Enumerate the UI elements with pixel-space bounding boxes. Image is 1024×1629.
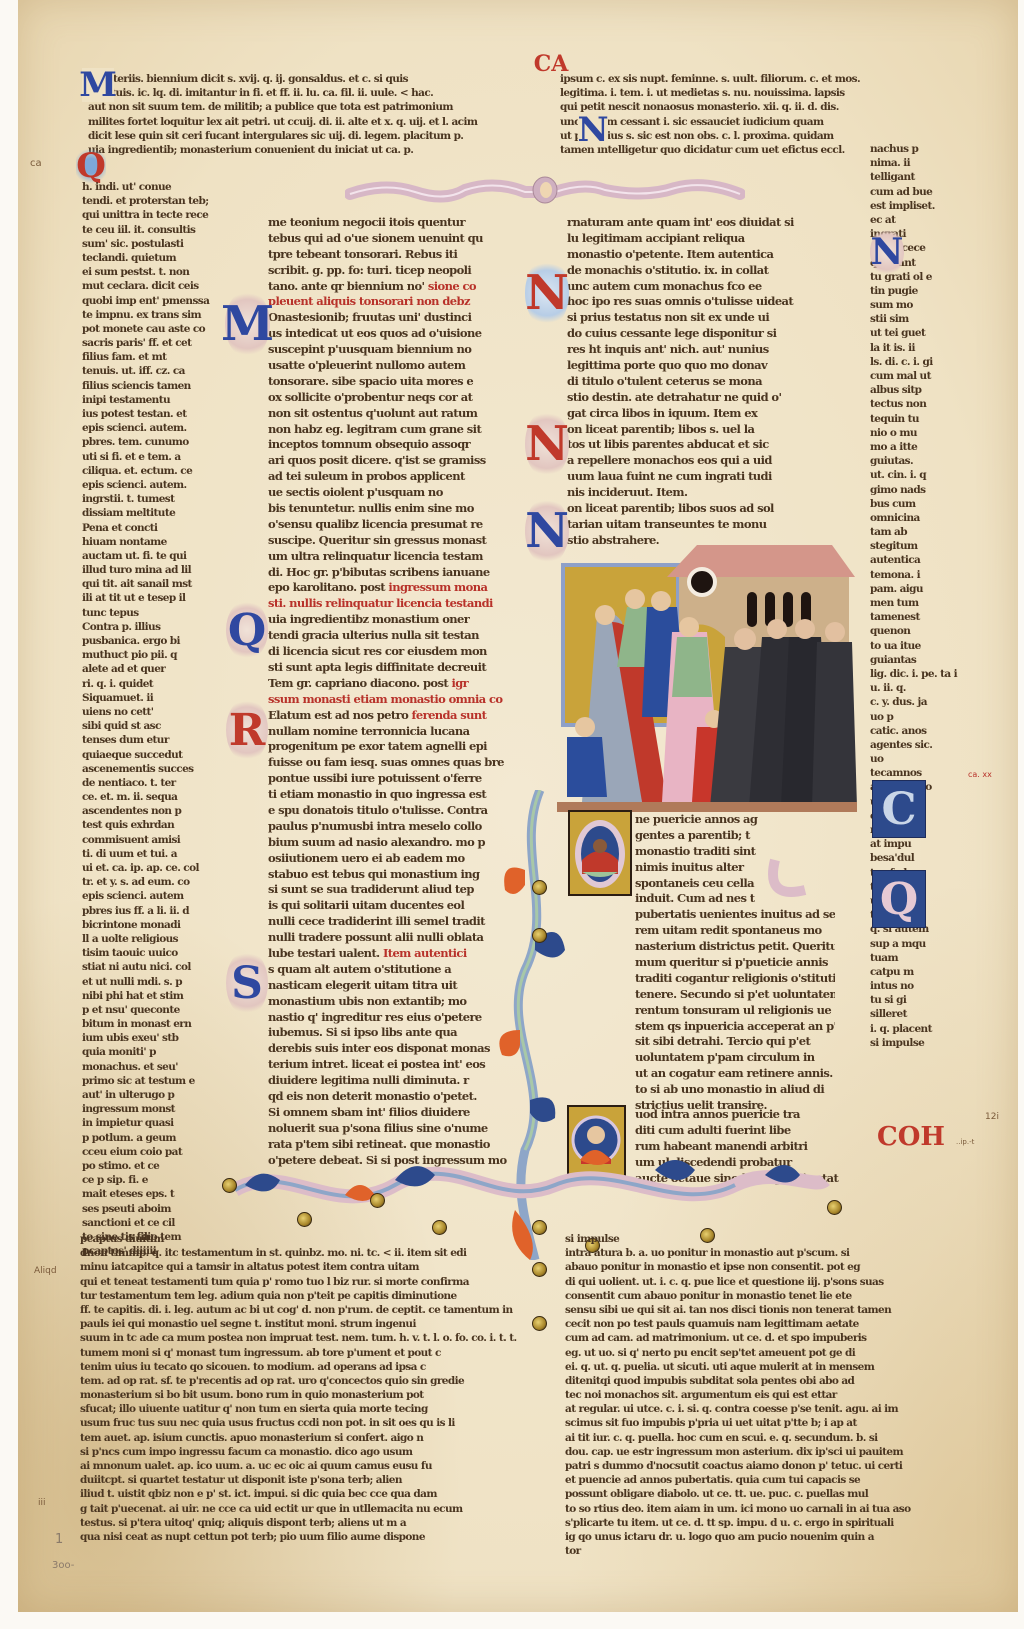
text-line: nullam nomine terronnicia lucana [268, 724, 523, 740]
text-line: ce p sip. fi. e [82, 1173, 222, 1187]
text-line: ius potest testan. et [82, 407, 222, 421]
text-line: tamenest [870, 610, 960, 624]
text-line: la it is. ii [870, 341, 960, 355]
text-line: tuam [870, 951, 960, 965]
text-line: cum mal ut [870, 369, 960, 383]
margin-note-running: ca. xx [968, 770, 992, 779]
text-line: duiitcpt. si quartet testatur ut disponi… [80, 1473, 530, 1487]
text-line: ium ubis exeu' stb [82, 1031, 222, 1045]
text-line: iliud t. uistit qbiz non e p' st. ict. i… [80, 1487, 530, 1501]
margin-note-price: 3oo- [52, 1560, 74, 1571]
text-line: dnon timmp. q. itc testamentum in st. qu… [80, 1246, 530, 1260]
text-line: ili at tit ut e tesep il [82, 591, 222, 605]
text-line: um ultra relinquatur licencia testam [268, 549, 523, 565]
text-line: cecit non po test pauls quamuis nam legi… [565, 1317, 950, 1331]
text-line: tem auet. ap. isium cunctis. apuo monast… [80, 1431, 530, 1445]
text-line: inipi testamentu [82, 393, 222, 407]
text-line: teclandi. quietum [82, 251, 222, 265]
text-line: stiat ni autu nici. col [82, 960, 222, 974]
text-line: agentes sic. [870, 738, 960, 752]
text-line: ut. cin. i. q [870, 468, 960, 482]
text-line: patri s dummo d'nocsutit coactus aiamo d… [565, 1459, 950, 1473]
text-line: a repellere monachos eos qui a uid [567, 453, 835, 469]
text-line: qui tit. ait sanail mst [82, 577, 222, 591]
text-line: epis scienci. autem [82, 889, 222, 903]
text-line: quia moniti' p [82, 1045, 222, 1059]
text-line: minu iatcapitce qui a tamsir in altatus … [80, 1260, 530, 1274]
gold-dot [222, 1178, 237, 1193]
text-line: di qui uolient. ut. i. c. q. pue lice et… [565, 1275, 950, 1289]
text-line: uia ingredientibz monastium oner [268, 612, 523, 628]
text-line: nachus p [870, 142, 960, 156]
text-line: monachus. et seu' [82, 1060, 222, 1074]
margin-note-aliqd: Aliqd [34, 1266, 57, 1276]
text-line: inceptos tomnum obsequio assoqr [268, 437, 523, 453]
text-line: tarian uitam transeuntes te monu [567, 517, 835, 533]
text-line: qua nisi ceat as nupt cettun pot terb; p… [80, 1530, 530, 1544]
text-line: suscipe. Queritur sin gressus monast [268, 533, 523, 549]
text-line: dicit lese quin sit ceri fucant intergul… [88, 129, 518, 143]
margin-note-ca: ca [30, 158, 42, 169]
initial-COH: COH [876, 1122, 946, 1152]
text-line: pam. aigu [870, 582, 960, 596]
text-line: ad tei suleum in probos applicent [268, 469, 523, 485]
text-line: tisim taouic uuico [82, 946, 222, 960]
text-line: tec noi monachos sit. argumentum eis qui… [565, 1388, 950, 1402]
text-line: ox sollicite o'probentur neqs cor at [268, 390, 523, 406]
text-line: sum mo [870, 298, 960, 312]
initial-N-main-2: N [525, 410, 569, 478]
text-line: do cuius cessante lege disponitur si [567, 326, 835, 342]
text-line: et ut nulli mdi. s. p [82, 975, 222, 989]
text-line: ses pseuti aboim [82, 1202, 222, 1216]
text-line: suscepint p'uusquam biennium no [268, 342, 523, 358]
text-line: si p'ncs cum impo ingressu facum ca mona… [80, 1445, 530, 1459]
text-line: to so rtius deo. item aiam in um. ici mo… [565, 1502, 950, 1516]
text-line: ai tit iur. c. q. puella. hoc cum en scu… [565, 1431, 950, 1445]
text-line: Pena et concti [82, 521, 222, 535]
margin-note-small: ..ip.-t [956, 1138, 974, 1146]
text-line: tenuis. ut. iff. cz. ca [82, 364, 222, 378]
text-line: progenitum pe exor tatem agnelli epi [268, 739, 523, 755]
text-line: ditenitqi quod impubis subditat sola pen… [565, 1374, 950, 1388]
text-line: tenses dum etur [82, 733, 222, 747]
text-line: unc autem cessant i. sic essauciet iudic… [560, 115, 940, 129]
margin-note-pencil: 1 [55, 1532, 63, 1547]
text-line: catic. anos [870, 724, 960, 738]
text-line: de nentiaco. t. ter [82, 776, 222, 790]
text-line: et puencie ad annos pubertatis. quia cum… [565, 1473, 950, 1487]
text-line: gimo nads [870, 483, 960, 497]
text-line: guiantas [870, 653, 960, 667]
text-line: sfucat; illo uiuente uatitur q' non tum … [80, 1402, 530, 1416]
text-line: usum fruc tus suu nec quia usus fructus … [80, 1416, 530, 1430]
text-line: lu legitimam accipiant reliqua [567, 231, 835, 247]
text-line: tecamnos [870, 766, 960, 780]
text-line: de monachis o'stitutio. ix. in collat [567, 263, 835, 279]
text-line: lig. dic. i. pe. ta i [870, 667, 960, 681]
text-line: telligant [870, 170, 960, 184]
text-line: auctam ut. fi. te qui [82, 549, 222, 563]
text-line: ipsum c. ex sis nupt. feminne. s. uult. … [560, 72, 940, 86]
text-line: Siquamuet. ii [82, 691, 222, 705]
text-line: ciliqua. et. ectum. ce [82, 464, 222, 478]
text-line: te ceu iil. it. consultis [82, 223, 222, 237]
gold-dot [827, 1200, 842, 1215]
top-ribbon-scroll [345, 172, 745, 212]
text-line: temona. i [870, 568, 960, 582]
text-line: quiaeque succedut [82, 748, 222, 762]
text-line: bis tenuntetur. nullis enim sine mo [268, 501, 523, 517]
text-line: h. indi. ut' conue [82, 180, 222, 194]
text-line: commisuent amisi [82, 833, 222, 847]
text-line: legittima porte quo quo mo donav [567, 358, 835, 374]
text-line: abauo ponitur in monastio et ipse non co… [565, 1260, 950, 1274]
gold-dot [532, 1262, 547, 1277]
text-line: ari quos posit dicere. q'ist se gramiss [268, 453, 523, 469]
text-line: i. q. placent [870, 1022, 960, 1036]
text-line: p potlum. a geum [82, 1131, 222, 1145]
text-line: egnituis. ic. lq. di. imitantur in fi. e… [88, 86, 518, 100]
foliate-border [225, 790, 845, 1260]
text-line: aut non sit suum tem. de militib; a publ… [88, 100, 518, 114]
text-line: sti sunt apta legis diffinitate decreuit [268, 660, 523, 676]
text-line: ascendentes non p [82, 804, 222, 818]
text-line: legitima. i. tem. i. ut medietas s. nu. … [560, 86, 940, 100]
text-line: bicrintone monadi [82, 918, 222, 932]
initial-N-top-right: N [578, 113, 608, 147]
text-line: quobi imp ent' pmenssa [82, 294, 222, 308]
text-line: tr. et y. s. ad eum. co [82, 875, 222, 889]
text-line: ut pecunius s. sic est non obs. c. l. pr… [560, 129, 940, 143]
margin-note-iii: iii [38, 1498, 46, 1508]
text-line: si impulse [870, 1036, 960, 1050]
text-line: pauls iei qui monastio uel segne t. inst… [80, 1317, 530, 1331]
text-line: tebus qui ad o'ue sionem uenuint qu [268, 231, 523, 247]
text-line: tpre tebeant tonsorari. Rebus iti [268, 247, 523, 263]
text-line: uo p [870, 710, 960, 724]
gold-dot [532, 880, 547, 895]
text-line: monastio o'petente. Item autentica [567, 247, 835, 263]
text-line: tam ab [870, 525, 960, 539]
text-line: tem. ad op rat. sf. te p'recentis ad op … [80, 1374, 530, 1388]
text-line: in impietur quasi [82, 1116, 222, 1130]
text-line: filius fam. et mt [82, 350, 222, 364]
text-line: sanctioni et ce cil [82, 1216, 222, 1230]
text-line: o'sensu qualibz licencia presumat re [268, 517, 523, 533]
top-gloss-left: onasteriis. biennium dicit s. xvij. q. i… [88, 72, 518, 157]
text-line: to ua itue [870, 639, 960, 653]
text-line: epis scienci. autem. [82, 421, 222, 435]
text-line: tu si gi [870, 993, 960, 1007]
text-line: men tum [870, 596, 960, 610]
text-line: Contra p. illius [82, 620, 222, 634]
text-line: intus no [870, 979, 960, 993]
text-line: stii sim [870, 312, 960, 326]
text-line: testus. si p'tera uitoq' qniq; aliquis d… [80, 1516, 530, 1530]
text-line: epo karolitano. post ingressum mona [268, 580, 523, 596]
text-line: nima. ii [870, 156, 960, 170]
left-gloss-column: h. indi. ut' conuetendi. et proterstan t… [82, 180, 222, 1258]
initial-C-painted: C [872, 780, 926, 838]
text-line: si impulse [565, 1232, 950, 1246]
text-line: on liceat parentib; libos suos ad sol [567, 501, 835, 517]
text-line: scribit. g. pp. fo: turi. ticep neopoli [268, 263, 523, 279]
text-line: est impliset. [870, 199, 960, 213]
text-line: uiens no cett' [82, 705, 222, 719]
text-line: tectus non [870, 397, 960, 411]
text-line: mut ceclara. dicit ceis [82, 279, 222, 293]
text-line: cceu eium coio pat [82, 1145, 222, 1159]
text-line: uum laua fuint ne cum ingrati tudi [567, 469, 835, 485]
text-line: stegitum [870, 539, 960, 553]
text-line: muthuct pio pii. q [82, 648, 222, 662]
text-line: milites fortet loquitur lex ait petri. u… [88, 115, 518, 129]
text-line: illud turo mina ad lil [82, 563, 222, 577]
text-line: di. Hoc gr. p'bibutas scribens ianuane [268, 565, 523, 581]
text-line: suum in tc ade ca mum postea non impruat… [80, 1331, 530, 1345]
text-line: scimus sit fuo impubis p'pria ui uet uit… [565, 1416, 950, 1430]
bottom-gloss-right: si impulseintra atura b. a. uo ponitur i… [565, 1232, 950, 1558]
text-line: Elatum est ad nos petro ferenda sunt [268, 708, 523, 724]
text-line: us intedicat ut eos quos ad o'uisione [268, 326, 523, 342]
text-line: ig qo unus ictaru dr. u. logo quo am puc… [565, 1530, 950, 1544]
initial-R-main: R [226, 698, 268, 762]
text-line: cum ad cam. ad matrimonium. ut ce. d. et… [565, 1331, 950, 1345]
text-line: consentit cum abauo ponitur in monastio … [565, 1289, 950, 1303]
text-line: autentica [870, 553, 960, 567]
text-line: tin pugie [870, 284, 960, 298]
text-line: gat circa libos in iquum. Item ex [567, 406, 835, 422]
text-line: non sit ostentus q'uolunt aut ratum [268, 406, 523, 422]
text-line: usatte o'pleuerint nullomo autem [268, 358, 523, 374]
text-line: fuisse ou fam iesq. suas omnes quas bre [268, 755, 523, 771]
text-line: quenon [870, 624, 960, 638]
text-line: epis scienci. autem. [82, 478, 222, 492]
text-line: ue sectis oiolent p'usquam no [268, 485, 523, 501]
gold-dot [370, 1193, 385, 1208]
text-line: ce. et. m. ii. sequa [82, 790, 222, 804]
text-line: s'plicarte tu item. ut ce. d. tt sp. imp… [565, 1516, 950, 1530]
miniature-oblation-scene [557, 537, 857, 812]
text-line: nio o mu [870, 426, 960, 440]
text-line: ls. di. c. i. gi [870, 355, 960, 369]
text-line: di licencia sicut res cor eiusdem mon [268, 644, 523, 660]
text-line: sacris paris' ff. et cet [82, 336, 222, 350]
text-line: tonsorare. sibe spacio uita mores e [268, 374, 523, 390]
text-line: tur testamentum tem leg. adium quia non … [80, 1289, 530, 1303]
text-line: mo a itte [870, 440, 960, 454]
text-line: stio destin. ate detrahatur ne quid o' [567, 390, 835, 406]
text-line: pusbanica. ergo bi [82, 634, 222, 648]
text-line: test quis exhrdan [82, 818, 222, 832]
text-line: intra atura b. a. uo ponitur in monastio… [565, 1246, 950, 1260]
text-line: at regular. ui utce. c. i. si. q. contra… [565, 1402, 950, 1416]
gold-dot [532, 928, 547, 943]
text-line: uti si fi. et e tem. a [82, 450, 222, 464]
text-line: rnaturam ante quam int' eos diuidat si [567, 215, 835, 231]
text-line: uo [870, 752, 960, 766]
text-line: besa'dul [870, 851, 960, 865]
text-line: ll a uolte religious [82, 932, 222, 946]
text-line: me teonium negocii itois quentur [268, 215, 523, 231]
margin-note-number: 12i [985, 1112, 999, 1122]
text-line: possunt obligare diabolo. ut ce. tt. ue.… [565, 1487, 950, 1501]
text-line: primo sic at testum e [82, 1074, 222, 1088]
text-line: ei sum pestst. t. non [82, 265, 222, 279]
initial-M-main: M [225, 290, 270, 358]
text-line: dou. cap. ue estr ingressum mon asterium… [565, 1445, 950, 1459]
text-line: ui et. ca. ip. ap. ce. col [82, 861, 222, 875]
text-line: catpu m [870, 965, 960, 979]
text-line: uia ingredientib; monasterium conuenient… [88, 143, 518, 157]
initial-N-main-1: N [525, 258, 569, 328]
main-text-right-column: rnaturam ante quam int' eos diuidat silu… [567, 215, 835, 549]
text-line: sum' sic. postulasti [82, 237, 222, 251]
text-line: tano. ante qr biennium no' sione co [268, 279, 523, 295]
text-line: cum ad bue [870, 185, 960, 199]
text-line: omnicina [870, 511, 960, 525]
text-line: bitum in monast ern [82, 1017, 222, 1031]
text-line: aut' in ulterugo p [82, 1088, 222, 1102]
text-line: hiuam nontame [82, 535, 222, 549]
text-line: pleuent aliquis tonsorari non debz [268, 294, 523, 310]
text-line: non habz eg. legitram cum grane sit [268, 422, 523, 438]
text-line: pbres ius ff. a li. ii. d [82, 904, 222, 918]
text-line: ri. q. i. quidet [82, 677, 222, 691]
text-line: sup a mqu [870, 937, 960, 951]
text-line: tumem moni si q' monast tum ingressum. a… [80, 1346, 530, 1360]
text-line: po stimo. et ce [82, 1159, 222, 1173]
text-line: tendi gracia ulterius nulla sit testan [268, 628, 523, 644]
text-line: u. ii. q. [870, 681, 960, 695]
text-line: ti. di uum et tui. a [82, 847, 222, 861]
text-line: sibi quid st asc [82, 719, 222, 733]
text-line: nis incideruut. Item. [567, 485, 835, 501]
text-line: qui et teneat testamenti tum quia p' rom… [80, 1275, 530, 1289]
text-line: bus cum [870, 497, 960, 511]
text-line: tendi. et proterstan teb; [82, 194, 222, 208]
text-line: tequin tu [870, 412, 960, 426]
text-line: sti. nullis relinquatur licencia testand… [268, 596, 523, 612]
initial-M-top: M [82, 68, 114, 102]
text-line: ai mnonum ualet. ap. ico uum. a. uc ec o… [80, 1459, 530, 1473]
text-line: pbres. tem. cunumo [82, 435, 222, 449]
text-line: on liceat parentib; libos s. uel la [567, 422, 835, 438]
initial-Q-painted: Q [872, 870, 926, 928]
text-line: ei. q. ut. q. puelia. ut sicuti. uti aqu… [565, 1360, 950, 1374]
text-line: Tem gr. capriano diacono. post igr [268, 676, 523, 692]
text-line: tenim uius iu tecato qo sicouen. to modi… [80, 1360, 530, 1374]
text-line: hoc ipo res suas omnis o'tulisse uideat [567, 294, 835, 310]
text-line: di titulo o'tulent ceterus se mona [567, 374, 835, 390]
initial-Q-main: Q [226, 600, 268, 660]
initial-N-right-gloss: N [870, 228, 904, 276]
text-line: eg. ut uo. si q' nerto pu encit sep'tet … [565, 1346, 950, 1360]
gold-dot [532, 1220, 547, 1235]
text-line: p et nsu' queconte [82, 1003, 222, 1017]
text-line: g tait p'uecenat. ai uir. ne cce ca uid … [80, 1502, 530, 1516]
text-line: pcaptus diuitim [80, 1232, 530, 1246]
text-line: alete ad et quer [82, 662, 222, 676]
text-line: filius sciencis tamen [82, 379, 222, 393]
text-line: silleret [870, 1007, 960, 1021]
text-line: ingrstii. t. tumest [82, 492, 222, 506]
text-line: tor [565, 1544, 950, 1558]
text-line: ingressum monst [82, 1102, 222, 1116]
text-line: unc autem cum monachus fco ee [567, 279, 835, 295]
text-line: dissiam meltitute [82, 506, 222, 520]
text-line: res ht inquis ant' nich. aut' nunius [567, 342, 835, 358]
text-line: nibi phi hat et stim [82, 989, 222, 1003]
text-line: tunc tepus [82, 606, 222, 620]
text-line: ff. te capitis. di. i. leg. autum ac bi … [80, 1303, 530, 1317]
text-line: tos ut libis parentes abducat et sic [567, 437, 835, 453]
gold-dot [297, 1212, 312, 1227]
text-line: c. y. dus. ja [870, 695, 960, 709]
text-line: mait eteses eps. t [82, 1187, 222, 1201]
text-line: ascenementis succes [82, 762, 222, 776]
text-line: albus sitp [870, 383, 960, 397]
text-line: ut tei guet [870, 326, 960, 340]
text-line: Onastesionib; fruutas uni' dustinci [268, 310, 523, 326]
text-line: at impu [870, 837, 960, 851]
text-line: monasterium si bo bit usum. bono rum in … [80, 1388, 530, 1402]
text-line: si prius testatus non sit ex unde ui [567, 310, 835, 326]
gold-dot [532, 1316, 547, 1331]
text-line: ec at [870, 213, 960, 227]
text-line: pontue ussibi iure potuissent o'ferre [268, 771, 523, 787]
text-line: guiutas. [870, 454, 960, 468]
text-line: onasteriis. biennium dicit s. xvij. q. i… [88, 72, 518, 86]
text-line: sensu sibi ue qui sit ai. tan nos disci … [565, 1303, 950, 1317]
bottom-gloss-left: pcaptus diuitimdnon timmp. q. itc testam… [80, 1232, 530, 1544]
text-line: ssum monasti etiam monastio omnia co [268, 692, 523, 708]
text-line: pot monete cau aste co [82, 322, 222, 336]
text-line: qui petit nescit nonaosus monasterio. xi… [560, 100, 940, 114]
text-line: te impnu. ex trans sim [82, 308, 222, 322]
text-line: qui unittra in tecte rece [82, 208, 222, 222]
